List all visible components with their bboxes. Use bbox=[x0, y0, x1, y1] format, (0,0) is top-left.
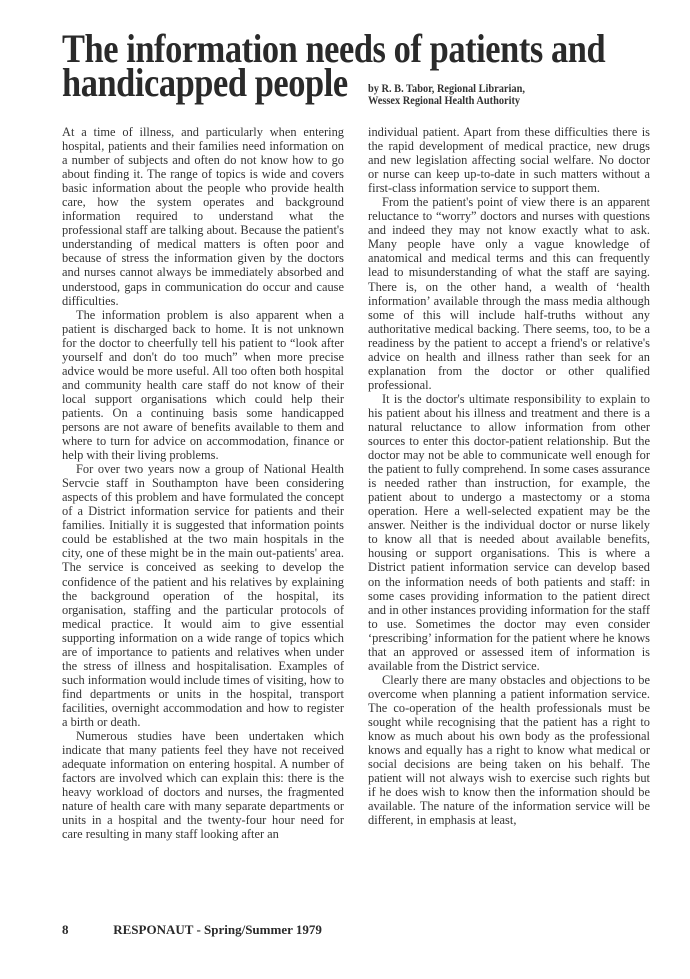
publication-name: RESPONAUT - Spring/Summer 1979 bbox=[113, 922, 322, 937]
page-number: 8 bbox=[62, 922, 110, 938]
page-footer: 8 RESPONAUT - Spring/Summer 1979 bbox=[62, 922, 322, 938]
paragraph: It is the doctor's ultimate responsibili… bbox=[368, 392, 650, 673]
paragraph: Numerous studies have been undertaken wh… bbox=[62, 729, 344, 841]
byline-affiliation: Wessex Regional Health Authority bbox=[368, 95, 525, 107]
paragraph: For over two years now a group of Nation… bbox=[62, 462, 344, 729]
paragraph: From the patient's point of view there i… bbox=[368, 195, 650, 392]
title-line-2: handicapped people bbox=[62, 66, 348, 100]
paragraph: individual patient. Apart from these dif… bbox=[368, 125, 650, 195]
paragraph: At a time of illness, and particularly w… bbox=[62, 125, 344, 308]
paragraph: The information problem is also apparent… bbox=[62, 308, 344, 463]
byline: by R. B. Tabor, Regional Librarian, Wess… bbox=[368, 83, 525, 107]
left-column: At a time of illness, and particularly w… bbox=[62, 125, 344, 841]
byline-author: by R. B. Tabor, Regional Librarian, bbox=[368, 83, 525, 95]
paragraph: Clearly there are many obstacles and obj… bbox=[368, 673, 650, 828]
right-column: individual patient. Apart from these dif… bbox=[368, 125, 650, 827]
